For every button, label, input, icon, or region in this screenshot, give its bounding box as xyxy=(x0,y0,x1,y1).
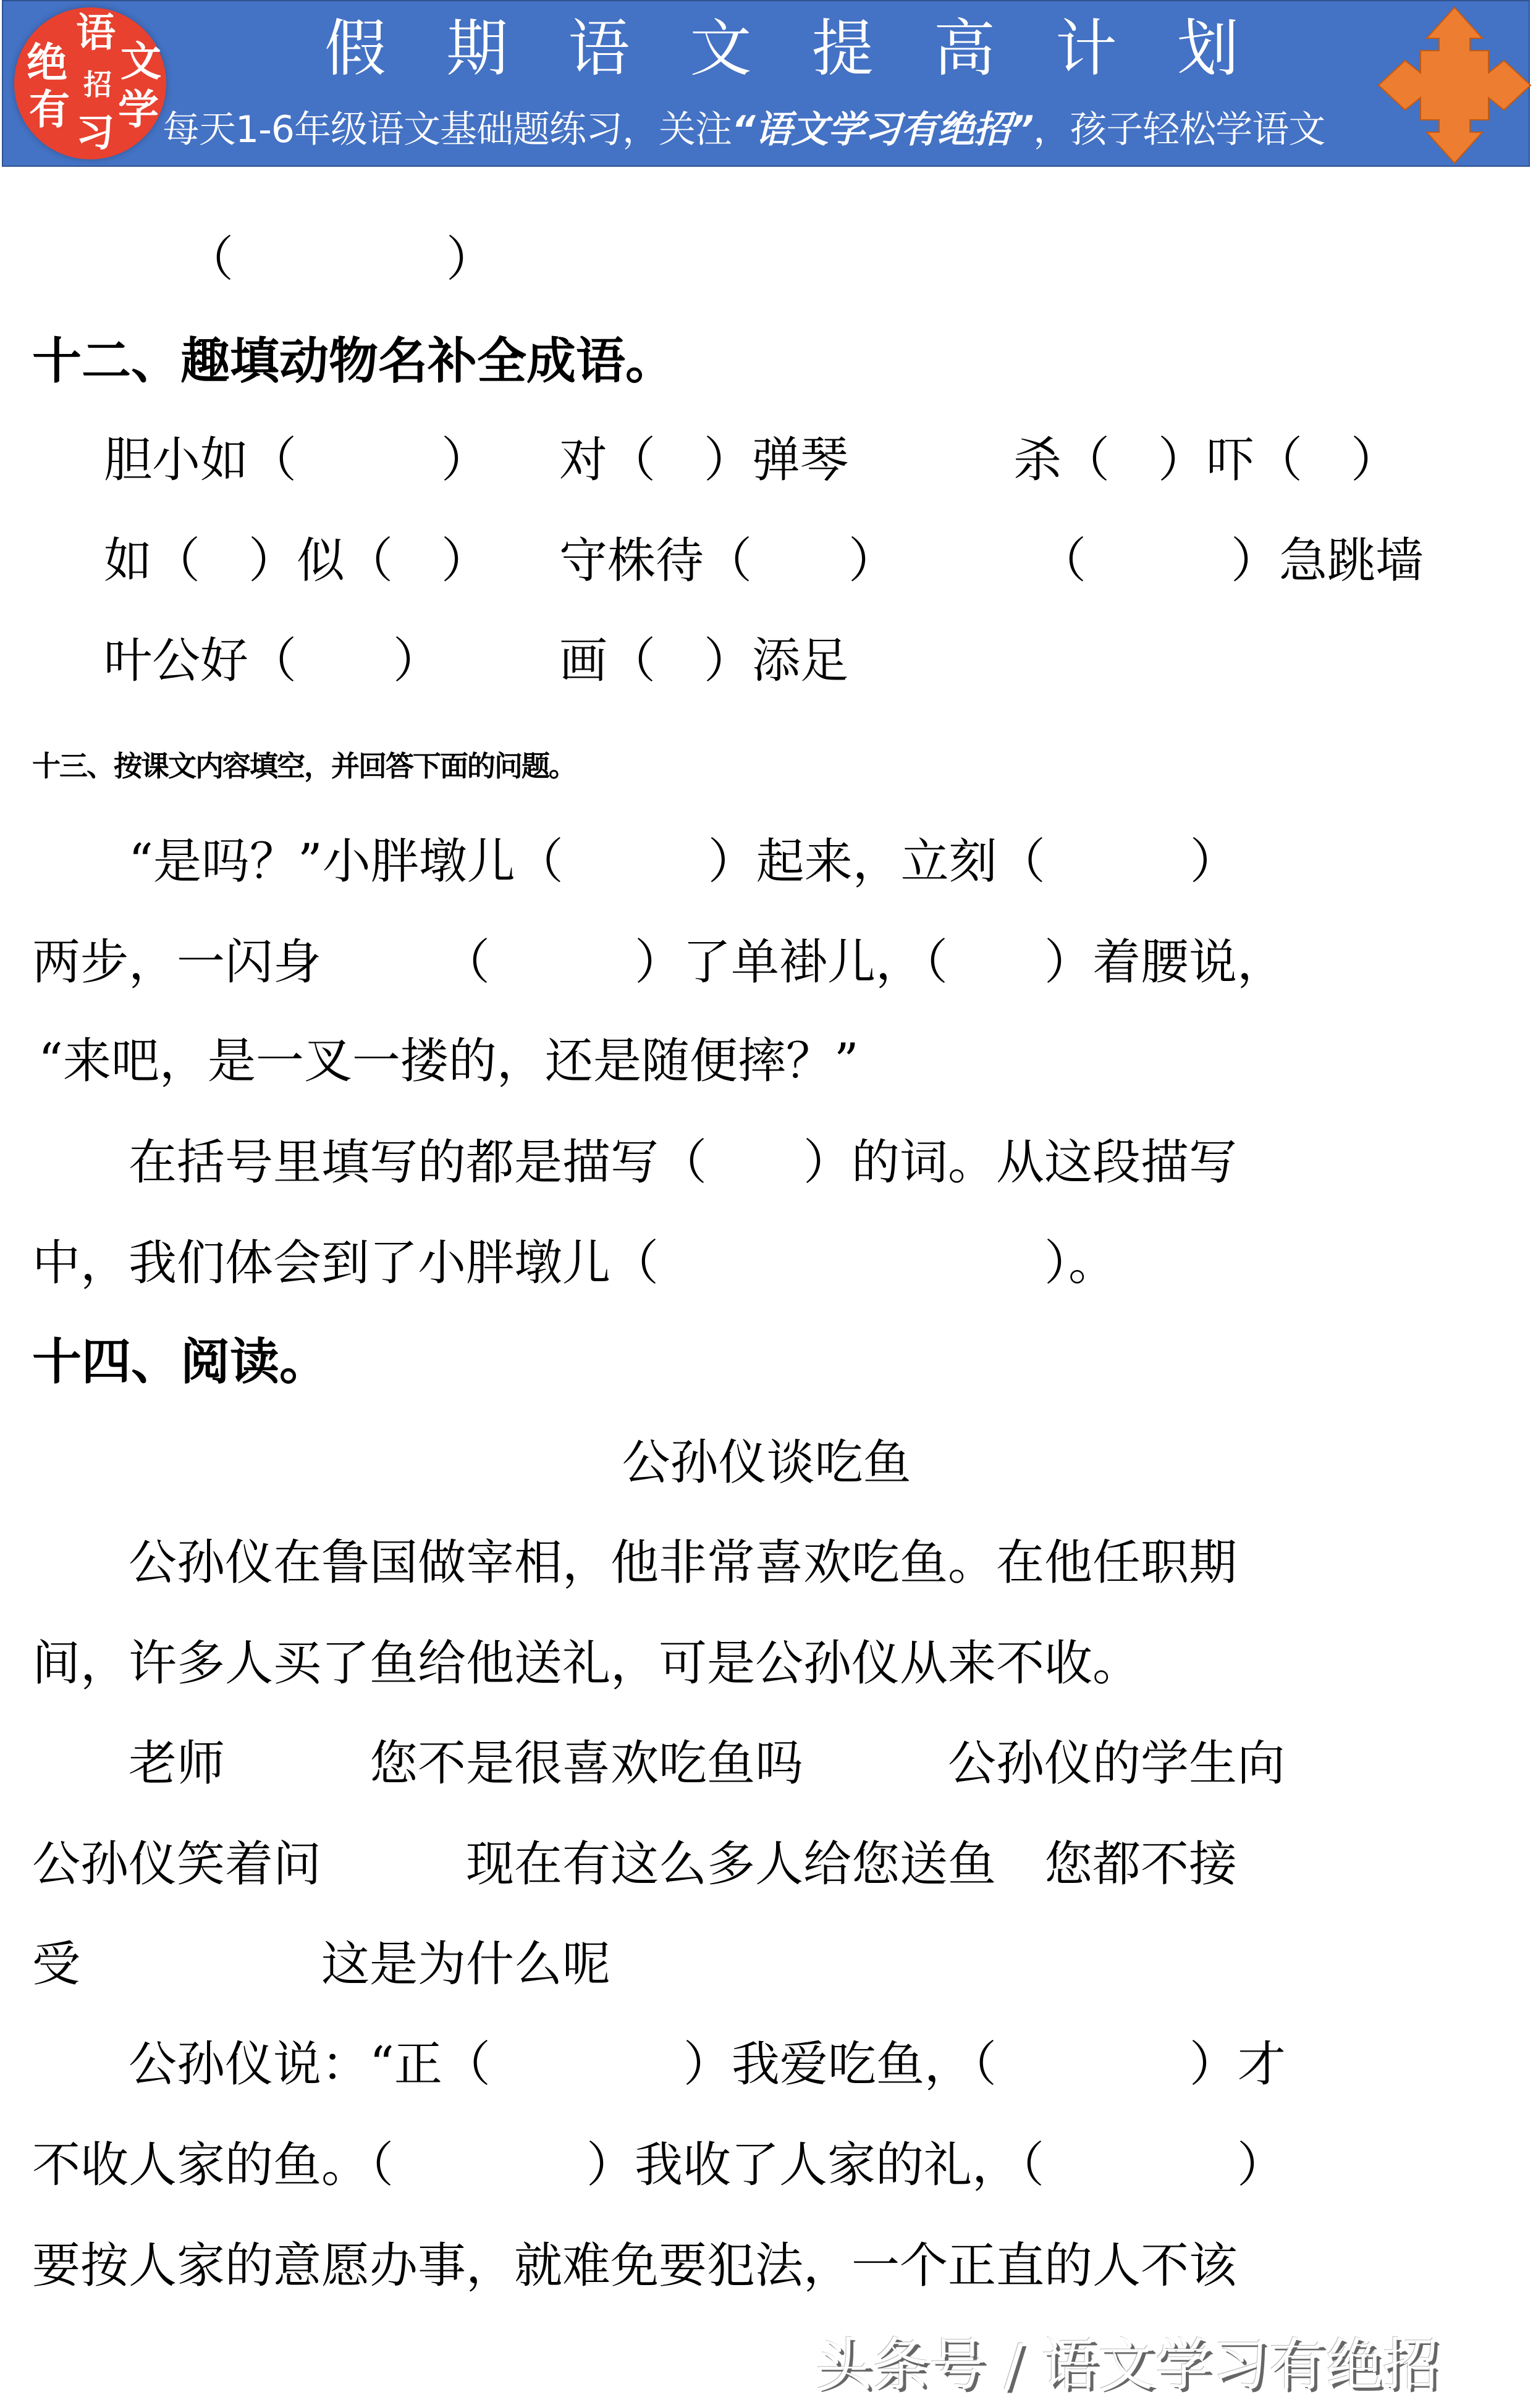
story-line: 不收人家的鱼。（ ）我收了人家的礼，（ ） xyxy=(32,2134,1533,2196)
logo-char: 语 xyxy=(76,14,116,53)
idiom-item: 杀（ ）吓（ ） xyxy=(1013,429,1399,491)
idiom-item: 如（ ）似（ ） xyxy=(104,530,489,592)
banner-title: 假 期 语 文 提 高 计 划 xyxy=(324,7,1239,78)
idiom-item: 叶公好（ ） xyxy=(104,630,441,692)
idiom-item: （ ）急跳墙 xyxy=(1038,530,1424,592)
story-line: 公孙仪说：“正（ ）我爱吃鱼，（ ）才 xyxy=(32,2034,1533,2095)
answer-blank-line: （ ） xyxy=(0,229,1533,290)
logo-char: 有 xyxy=(29,89,70,130)
logo-char: 文 xyxy=(120,41,161,82)
idiom-item: 守株待（ ） xyxy=(559,530,897,592)
logo-badge: 语 文 绝 招 有 学 习 xyxy=(14,7,166,159)
idiom-item: 对（ ）弹琴 xyxy=(559,429,848,491)
logo-char: 绝 xyxy=(27,42,67,83)
idiom-item: 胆小如（ ） xyxy=(104,429,489,491)
title-char: 语 xyxy=(568,0,630,88)
question-line: 中，我们体会到了小胖墩儿（ ）。 xyxy=(32,1232,1533,1294)
story-title: 公孙仪谈吃鱼 xyxy=(0,1432,1533,1494)
close-bracket: ） xyxy=(446,229,494,290)
passage-line: “是吗？”小胖墩儿（ ）起来，立刻（ ） xyxy=(32,831,1533,893)
title-char: 文 xyxy=(690,0,751,88)
logo-char: 习 xyxy=(76,114,114,152)
title-char: 假 xyxy=(324,0,386,88)
section-13-heading: 十三、按课文内容填空，并回答下面的问题。 xyxy=(32,735,1533,797)
title-char: 计 xyxy=(1055,0,1117,88)
story-line: 公孙仪在鲁国做宰相，他非常喜欢吃鱼。在他任职期 xyxy=(32,1532,1533,1594)
question-line: 在括号里填写的都是描写（ ）的词。从这段描写 xyxy=(32,1132,1533,1193)
story-line: 要按人家的意愿办事，就难免要犯法，一个正直的人不该 xyxy=(32,2235,1533,2297)
title-char: 提 xyxy=(812,0,874,88)
passage-line: 两步，一闪身 （ ）了单褂儿，（ ）着腰说， xyxy=(32,932,1533,993)
logo-char: 学 xyxy=(118,89,159,130)
banner-subtitle: 每天1-6年级语文基础题练习，关注“语文学习有绝招”，孩子轻松学语文 xyxy=(163,105,1355,154)
title-char: 划 xyxy=(1177,0,1239,88)
four-way-arrow-icon xyxy=(1377,6,1532,164)
idiom-row: 如（ ）似（ ） 守株待（ ） （ ）急跳墙 xyxy=(0,530,1533,592)
subtitle-brand: “语文学习有绝招” xyxy=(732,108,1033,151)
header-banner: 语 文 绝 招 有 学 习 假 期 语 文 提 高 计 划 每天1-6年级语文基… xyxy=(2,0,1530,167)
idiom-row: 叶公好（ ） 画（ ）添足 xyxy=(0,630,1533,692)
section-12-heading: 十二、趣填动物名补全成语。 xyxy=(32,330,1533,392)
title-char: 高 xyxy=(934,0,995,88)
watermark: 头条号 / 语文学习有绝招 xyxy=(816,2320,1440,2401)
subtitle-text: 每天1-6年级语文基础题练习，关注 xyxy=(163,108,732,151)
idiom-item: 画（ ）添足 xyxy=(559,630,848,692)
title-char: 期 xyxy=(446,0,508,88)
story-line: 老师 您不是很喜欢吃鱼吗 公孙仪的学生向 xyxy=(32,1733,1533,1795)
story-line: 公孙仪笑着问 现在有这么多人给您送鱼 您都不接 xyxy=(32,1833,1533,1895)
open-bracket: （ xyxy=(185,229,234,290)
logo-char: 招 xyxy=(83,70,112,99)
idiom-row: 胆小如（ ） 对（ ）弹琴 杀（ ）吓（ ） xyxy=(0,429,1533,491)
section-14-heading: 十四、阅读。 xyxy=(32,1331,1533,1393)
story-line: 间，许多人买了鱼给他送礼，可是公孙仪从来不收。 xyxy=(32,1633,1533,1694)
subtitle-text: ，孩子轻松学语文 xyxy=(1033,108,1325,151)
passage-line: “来吧，是一叉一搂的，还是随便摔？” xyxy=(38,1030,1533,1092)
story-line: 受 这是为什么呢 xyxy=(32,1934,1533,1995)
